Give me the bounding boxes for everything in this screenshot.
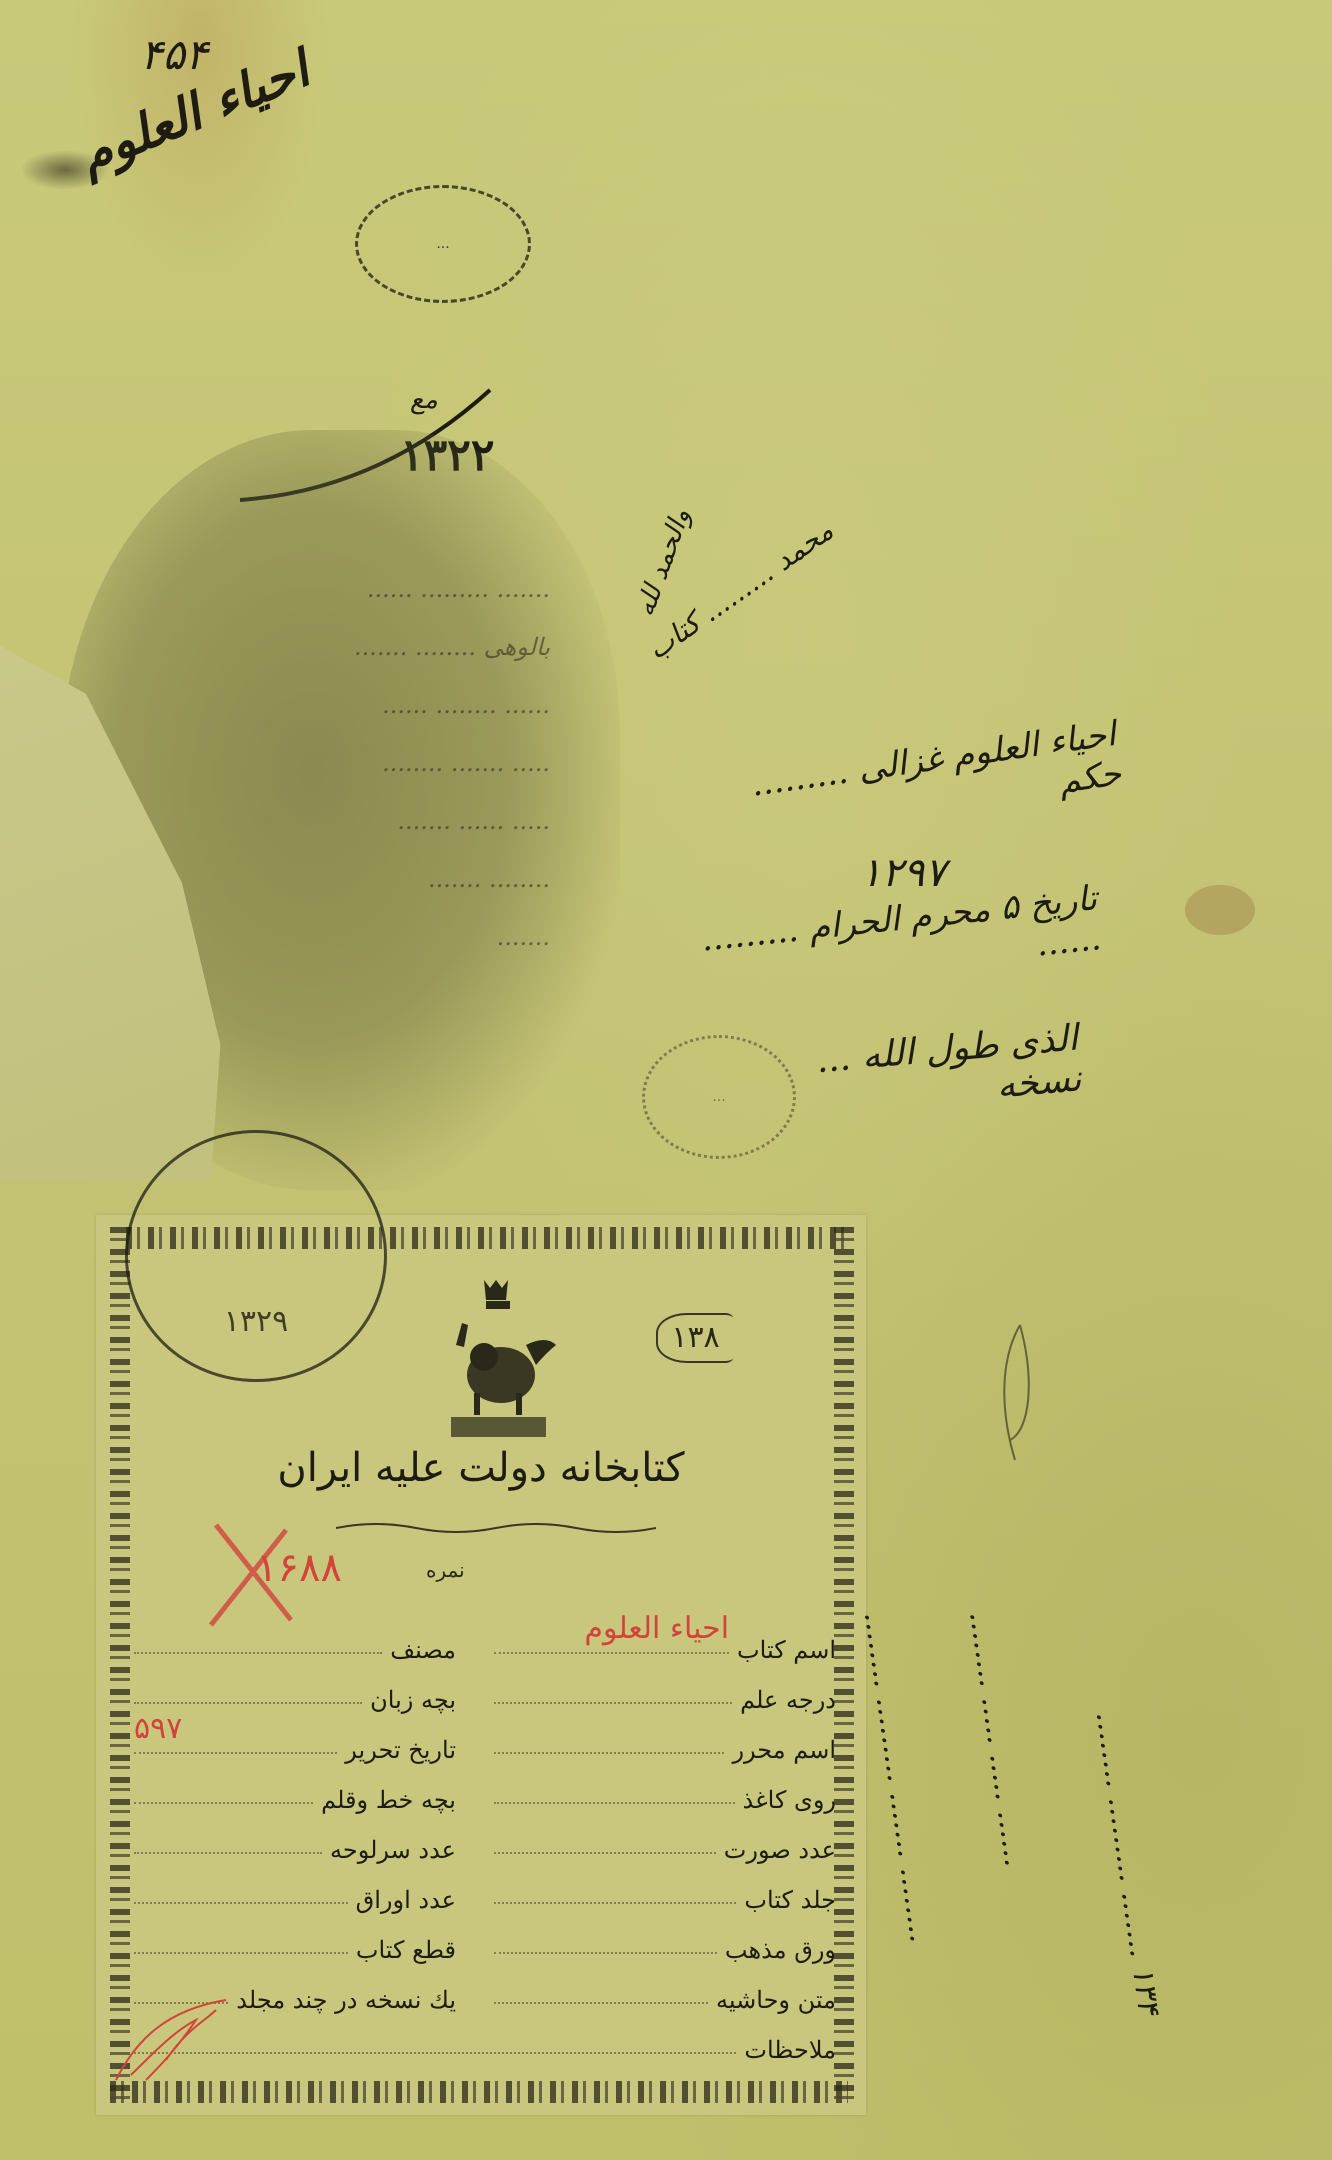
margin-note-1: ........ ......... ....... ........	[857, 1609, 938, 1944]
register-number-label: نمره	[426, 1558, 465, 1582]
library-title: کتابخانه دولت علیه ایران	[96, 1445, 866, 1491]
middle-seal: ...	[642, 1035, 796, 1159]
field-date-written: ۵۹۷تاریخ تحریر	[126, 1720, 456, 1764]
field-book-name: احیاء العلوماسم کتاب	[486, 1620, 836, 1664]
red-signature	[106, 1990, 236, 2090]
field-subject: درجه علم	[486, 1670, 836, 1714]
field-folios: عدد اوراق	[126, 1870, 456, 1914]
margin-notes: ........ ......... ....... ........ ....…	[860, 1600, 1260, 2080]
circled-catalog-number: ۱۳۸	[656, 1313, 733, 1363]
field-row: جلد کتاب عدد اوراق	[126, 1870, 836, 1914]
seal-text: ...	[712, 1089, 725, 1105]
field-headpieces: عدد سرلوحه	[126, 1820, 456, 1864]
field-book-size: قطع کتاب	[126, 1920, 456, 1964]
colophon-year: ۱۲۹۷	[860, 850, 946, 896]
field-row: اسم محرر ۵۹۷تاریخ تحریر	[126, 1720, 836, 1764]
field-paper: روی کاغذ	[486, 1770, 836, 1814]
ornamental-border-right	[834, 1227, 854, 2103]
field-language: بچه زبان	[126, 1670, 456, 1714]
pencil-mark	[990, 1320, 1050, 1470]
margin-note-2: ........ ..... ..... ......	[962, 1609, 1032, 1869]
field-row: احیاء العلوماسم کتاب مصنف	[126, 1620, 836, 1664]
field-author: مصنف	[126, 1620, 456, 1664]
field-illustrations: عدد صورت	[486, 1820, 836, 1864]
page-number: ۴۵۴	[140, 30, 208, 79]
field-row: درجه علم بچه زبان	[126, 1670, 836, 1714]
field-row: عدد صورت عدد سرلوحه	[126, 1820, 836, 1864]
field-text-margins: متن وحاشیه	[486, 1970, 836, 2014]
lion-and-sun-emblem-icon	[416, 1275, 576, 1445]
seal-year: ۱۳۲۹	[224, 1304, 288, 1339]
field-binding: جلد کتاب	[486, 1870, 836, 1914]
ink-blot	[20, 150, 110, 190]
field-gilded-leaves: ورق مذهب	[486, 1920, 836, 1964]
faded-text: ....... ......... ...... بالوهی ........…	[200, 560, 550, 966]
seal-text: ...	[436, 236, 449, 252]
field-row: روی کاغذ بچه خط وقلم	[126, 1770, 836, 1814]
field-scribe: اسم محرر	[486, 1720, 836, 1764]
field-script: بچه خط وقلم	[126, 1770, 456, 1814]
margin-note-3: ........ ......... ....... ۱۳۴	[1089, 1709, 1166, 2017]
top-seal: ...	[355, 185, 531, 303]
register-number: ۱۶۸۸	[256, 1545, 342, 1591]
field-row: ورق مذهب قطع کتاب	[126, 1920, 836, 1964]
decorative-flourish	[336, 1520, 656, 1536]
stain	[1185, 885, 1255, 935]
round-library-seal: ۱۳۲۹	[125, 1130, 387, 1382]
year-prefix: مع	[410, 385, 438, 415]
